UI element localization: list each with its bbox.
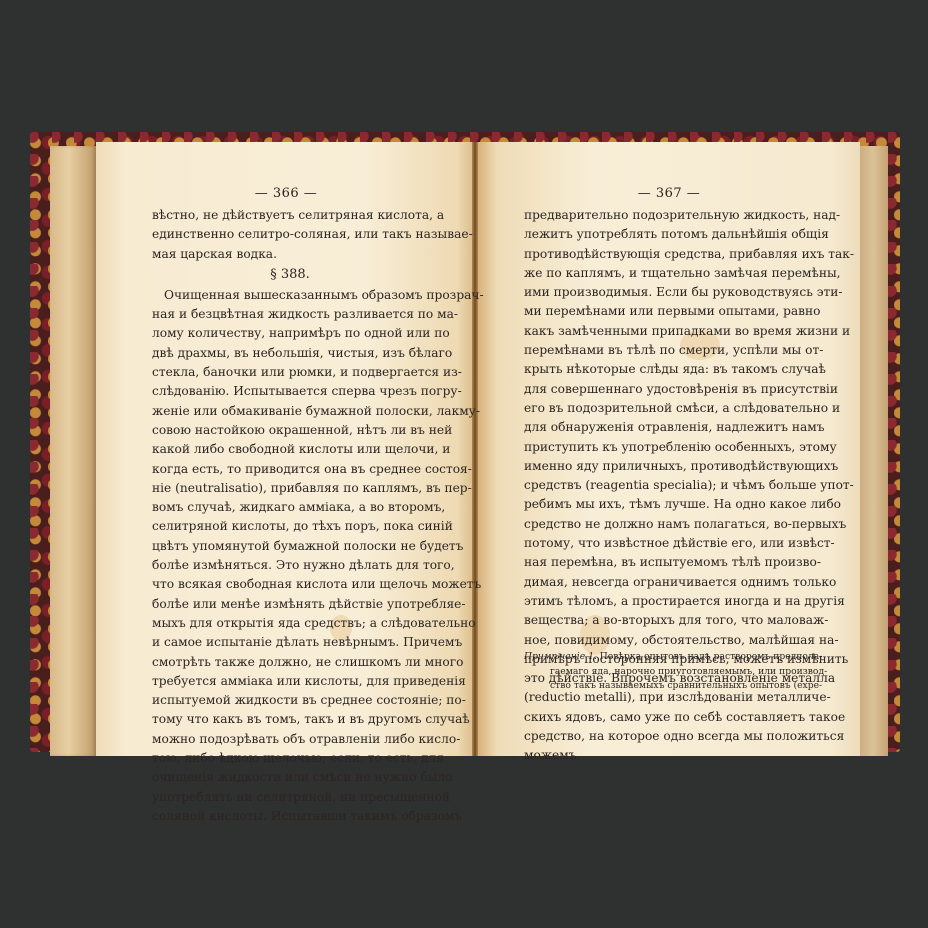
text-line: лежитъ употреблять потомъ дальнѣйшія общ… [524, 225, 804, 244]
right-page-number: — 367 — [478, 186, 860, 201]
text-line: ная перемѣна, въ испытуемомъ тѣлѣ произв… [524, 553, 804, 572]
text-line: вомъ случаѣ, жидкаго амміака, а во второ… [152, 498, 428, 517]
text-line: совою настойкою окрашенной, нѣтъ ли въ н… [152, 421, 428, 440]
text-line: мая царская водка. [152, 245, 428, 264]
text-line: очищенія жидкости или смѣси не нужно был… [152, 768, 428, 787]
text-line: селитряной кислоты, до тѣхъ поръ, пока с… [152, 517, 428, 536]
text-line: димая, невсегда ограничивается однимъ то… [524, 573, 804, 592]
text-line: этимъ тѣломъ, а простирается иногда и на… [524, 592, 804, 611]
text-line: смотрѣть также должно, не слишкомъ ли мн… [152, 653, 428, 672]
footnote-label: Примѣчаніе 1. [524, 651, 597, 662]
text-line: скихъ ядовъ, само уже по себѣ составляет… [524, 708, 804, 727]
text-line: соляной кислоты. Испытавши такимъ образо… [152, 807, 428, 826]
text-line: ная и безцвѣтная жидкость разливается по… [152, 305, 428, 324]
text-line: тому что какъ въ томъ, такъ и въ другомъ… [152, 710, 428, 729]
text-line: испытуемой жидкости въ среднее состояніе… [152, 691, 428, 710]
left-page-edges [50, 146, 96, 756]
left-page-text: вѣстно, не дѣйствуетъ селитряная кислота… [152, 206, 428, 826]
text-line: ими производимыя. Если бы руководствуясь… [524, 283, 804, 302]
text-line: лому количеству, напримѣръ по одной или … [152, 324, 428, 343]
text-line: средство, на которое одно всегда мы поло… [524, 727, 804, 746]
text-line: приступить къ употребленію особенныхъ, э… [524, 438, 804, 457]
text-line: перемѣнами въ тѣлѣ по смерти, успѣли мы … [524, 341, 804, 360]
text-line: ное, повидимому, обстоятельство, малѣйша… [524, 631, 804, 650]
text-line: цвѣтъ упомянутой бумажной полоски не буд… [152, 537, 428, 556]
text-line: ми перемѣнами или первыми опытами, равно [524, 302, 804, 321]
text-line: двѣ драхмы, въ небольшія, чистыя, изъ бѣ… [152, 344, 428, 363]
text-line: именно яду приличныхъ, противодѣйствующи… [524, 457, 804, 476]
text-line: какъ замѣченными припадками во время жиз… [524, 322, 804, 341]
text-line: единственно селитро-соляная, или такъ на… [152, 225, 428, 244]
footnote-line: гаемаго яда, нарочно приуготовляемымъ, и… [524, 665, 804, 680]
footnote-text: Повѣрка опытовъ надъ растворомъ предпола… [600, 651, 823, 662]
text-line: для совершеннаго удостовѣренія въ присут… [524, 380, 804, 399]
text-line: для обнаруженія отравленія, надлежитъ на… [524, 418, 804, 437]
left-page-number: — 366 — [96, 186, 476, 201]
text-line: ребимъ мы ихъ, тѣмъ лучше. На одно какое… [524, 495, 804, 514]
text-line: можно подозрѣвать объ отравленіи либо ки… [152, 730, 428, 749]
text-line: можемъ. [524, 746, 804, 765]
section-heading: § 388. [152, 264, 428, 286]
text-line: ніе (neutralisatio), прибавляя по каплям… [152, 479, 428, 498]
text-line: предварительно подозрительную жидкость, … [524, 206, 804, 225]
text-line: какой либо свободной кислоты или щелочи,… [152, 440, 428, 459]
text-line: средство не должно намъ полагаться, во-п… [524, 515, 804, 534]
text-line: болѣе измѣняться. Это нужно дѣлать для т… [152, 556, 428, 575]
book-gutter [472, 142, 478, 756]
text-line: мыхъ для открытія яда средствъ; а слѣдов… [152, 614, 428, 633]
text-line: вещества; а во-вторыхъ для того, что мал… [524, 611, 804, 630]
text-line: когда есть, то приводится она въ среднее… [152, 460, 428, 479]
footnote-line: ство такъ называемыхъ сравнительныхъ опы… [524, 679, 804, 694]
right-page-edges [858, 146, 888, 756]
text-line: же по каплямъ, и тщательно замѣчая перем… [524, 264, 804, 283]
text-line: противодѣйствующія средства, прибавляя и… [524, 245, 804, 264]
text-line: вѣстно, не дѣйствуетъ селитряная кислота… [152, 206, 428, 225]
text-line: слѣдованію. Испытывается сперва чрезъ по… [152, 382, 428, 401]
text-line: и самое испытаніе дѣлать невѣрнымъ. Прич… [152, 633, 428, 652]
text-line: его въ подозрительной смѣси, а слѣдовате… [524, 399, 804, 418]
footnote: Примѣчаніе 1. Повѣрка опытовъ надъ раств… [524, 650, 804, 694]
text-line: потому, что извѣстное дѣйствіе его, или … [524, 534, 804, 553]
text-line: крыть нѣкоторые слѣды яда: въ такомъ слу… [524, 360, 804, 379]
footnote-line: Примѣчаніе 1. Повѣрка опытовъ надъ раств… [524, 650, 804, 665]
text-line: болѣе или менѣе измѣнять дѣйствіе употре… [152, 595, 428, 614]
text-line: средствъ (reagentia specialia); и чѣмъ б… [524, 476, 804, 495]
text-line: тою, либо ѣдкою щелочью; если, то есть, … [152, 749, 428, 768]
text-line: употреблять ни селитряной, ни пресыщенно… [152, 788, 428, 807]
text-line: стекла, баночки или рюмки, и подвергаетс… [152, 363, 428, 382]
text-line: женіе или обмакиваніе бумажной полоски, … [152, 402, 428, 421]
text-line: Очищенная вышесказаннымъ образомъ прозра… [152, 286, 428, 305]
text-line: что всякая свободная кислота или щелочь … [152, 575, 428, 594]
text-line: требуется амміака или кислоты, для приве… [152, 672, 428, 691]
